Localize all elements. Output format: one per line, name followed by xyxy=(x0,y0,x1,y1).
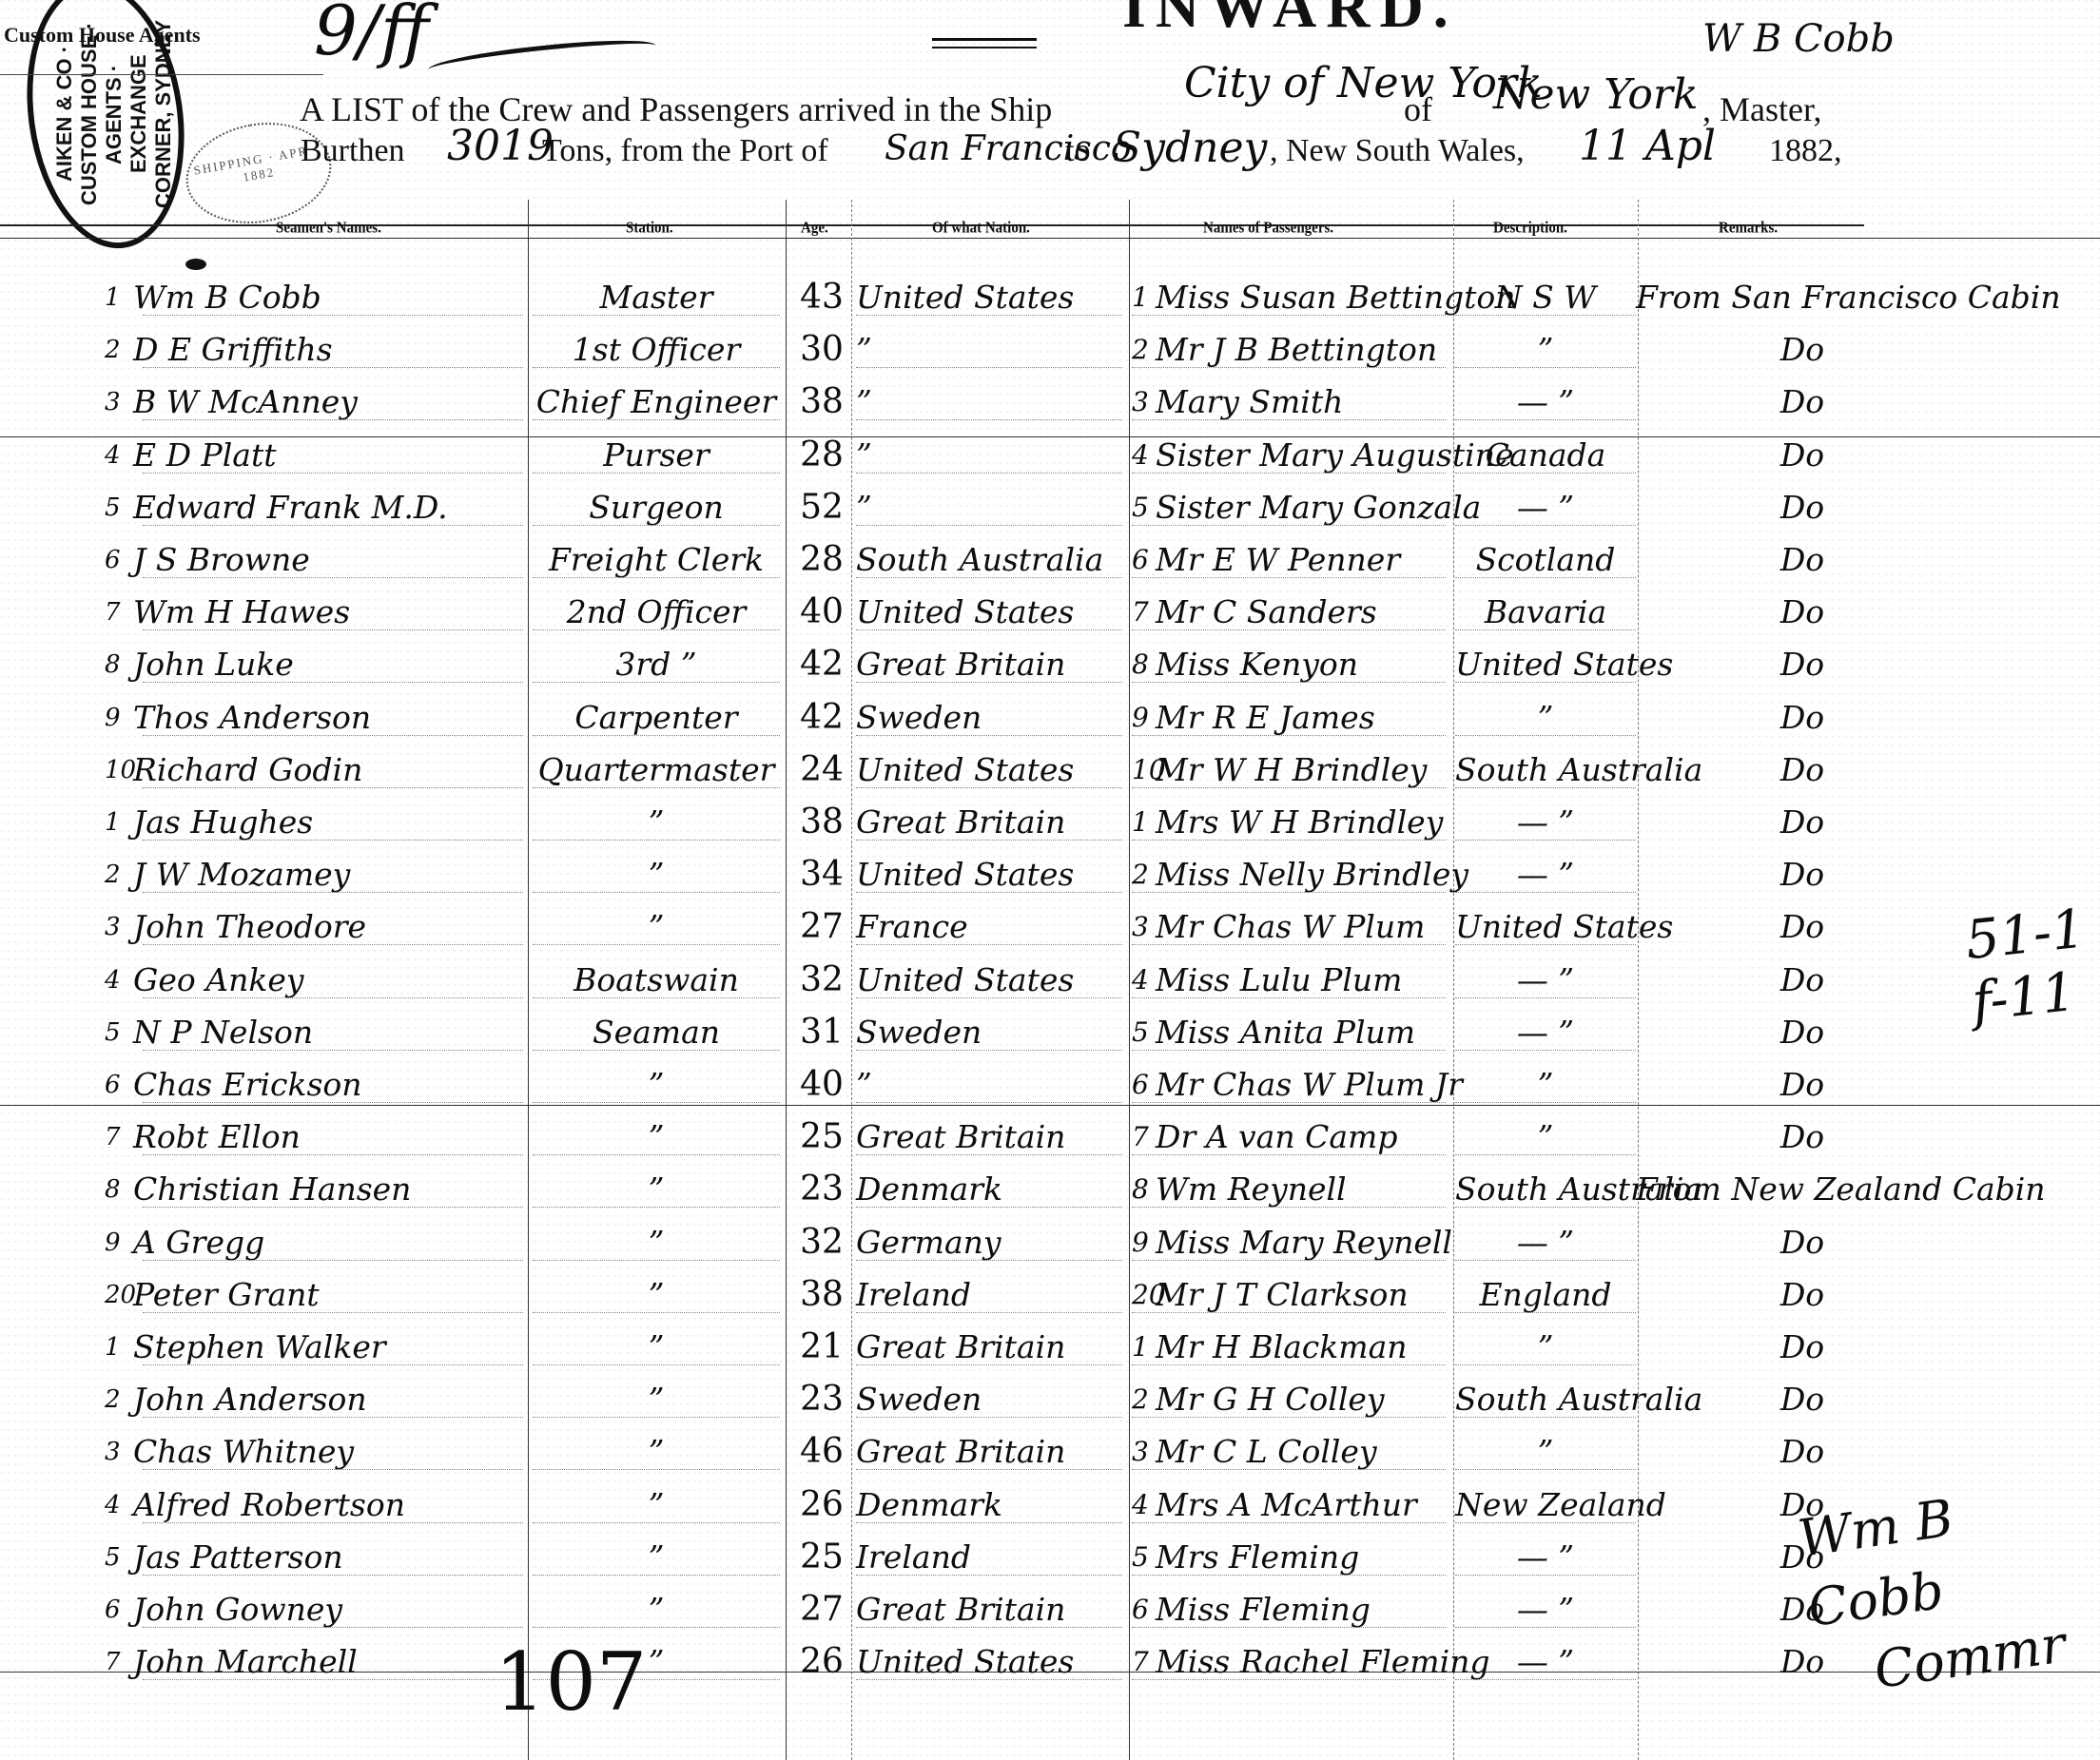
remarks: Do xyxy=(1645,801,1959,844)
nation: Great Britain xyxy=(856,1325,1065,1369)
dotted-guide xyxy=(143,1364,523,1365)
table-row: 7Wm H Hawes2nd Officer40United States7Mr… xyxy=(0,590,2100,634)
description: ” xyxy=(1455,1430,1636,1474)
dotted-guide xyxy=(1455,682,1636,683)
dotted-guide xyxy=(533,1522,780,1523)
seaman-name: Wm B Cobb xyxy=(133,276,321,319)
description: — ” xyxy=(1455,1011,1636,1054)
description: — ” xyxy=(1455,853,1636,897)
dotted-guide xyxy=(856,315,1122,316)
seaman-name: N P Nelson xyxy=(133,1011,313,1054)
nation: United States xyxy=(856,276,1074,319)
nation: Denmark xyxy=(856,1168,1002,1211)
tons-value: 3019 xyxy=(447,122,554,170)
dotted-guide xyxy=(1132,1469,1446,1470)
table-row: 6J S BrowneFreight Clerk28South Australi… xyxy=(0,538,2100,582)
dotted-guide xyxy=(143,577,523,578)
station: ” xyxy=(533,1483,780,1527)
dotted-guide xyxy=(856,525,1122,526)
remarks: Do xyxy=(1645,1273,1959,1317)
margin-note: 51-1 f-11 xyxy=(1963,897,2100,1034)
station: ” xyxy=(533,1221,780,1265)
col-nation: Of what Nation. xyxy=(932,220,1030,238)
station: ” xyxy=(533,1430,780,1474)
dotted-guide xyxy=(1455,1364,1636,1365)
arrival-year: 1882, xyxy=(1769,133,1842,169)
commander-signature: Wm B Cobb Commr xyxy=(1794,1464,2100,1714)
dotted-guide xyxy=(143,1417,523,1418)
dotted-guide xyxy=(533,1469,780,1470)
passenger-name: Mr H Blackman xyxy=(1156,1325,1408,1369)
passenger-name: Sister Mary Gonzala xyxy=(1156,486,1481,530)
age: 24 xyxy=(793,748,850,792)
dotted-guide xyxy=(1455,944,1636,945)
passenger-name: Mr Chas W Plum xyxy=(1156,905,1425,949)
dotted-guide xyxy=(533,682,780,683)
station: ” xyxy=(533,1588,780,1632)
dotted-guide xyxy=(856,473,1122,474)
dotted-guide xyxy=(533,629,780,630)
dotted-guide xyxy=(533,1260,780,1261)
age: 38 xyxy=(793,801,850,844)
seaman-name: J W Mozamey xyxy=(133,853,350,897)
age: 27 xyxy=(793,905,850,949)
table-row: 5N P NelsonSeaman31Sweden5Miss Anita Plu… xyxy=(0,1011,2100,1054)
remarks: Do xyxy=(1645,1378,1959,1422)
seaman-name: A Gregg xyxy=(133,1221,264,1265)
seaman-name: John Theodore xyxy=(133,905,366,949)
station: Seaman xyxy=(533,1011,780,1054)
of-label: of xyxy=(1404,89,1432,129)
passenger-name: Mr R E James xyxy=(1156,696,1375,740)
table-row: 5Jas Patterson”25Ireland5Mrs Fleming— ”D… xyxy=(0,1536,2100,1579)
from-port: San Francisco xyxy=(885,129,1132,168)
dotted-guide xyxy=(143,1575,523,1576)
dotted-guide xyxy=(143,367,523,368)
description: — ” xyxy=(1455,380,1636,424)
age: 26 xyxy=(793,1483,850,1527)
dotted-guide xyxy=(1132,419,1446,420)
dotted-guide xyxy=(533,787,780,788)
seaman-name: Thos Anderson xyxy=(133,696,371,740)
dotted-guide xyxy=(856,629,1122,630)
dotted-guide xyxy=(856,944,1122,945)
passenger-name: Mrs A McArthur xyxy=(1156,1483,1417,1527)
seaman-name: John Gowney xyxy=(133,1588,342,1632)
station: Quartermaster xyxy=(533,748,780,792)
age: 40 xyxy=(793,1063,850,1107)
dotted-guide xyxy=(1132,629,1446,630)
dotted-guide xyxy=(1455,787,1636,788)
dotted-guide xyxy=(1455,367,1636,368)
table-row: 2D E Griffiths1st Officer30”2Mr J B Bett… xyxy=(0,328,2100,372)
table-row: 1Wm B CobbMaster43United States1Miss Sus… xyxy=(0,276,2100,319)
remarks: Do xyxy=(1645,1115,1959,1159)
dotted-guide xyxy=(856,787,1122,788)
age: 43 xyxy=(793,276,850,319)
remarks: Do xyxy=(1645,1221,1959,1265)
station: Chief Engineer xyxy=(533,380,780,424)
dotted-guide xyxy=(1455,1207,1636,1208)
seaman-name: Geo Ankey xyxy=(133,958,304,1002)
dotted-guide xyxy=(143,1102,523,1103)
age: 34 xyxy=(793,853,850,897)
seaman-name: Peter Grant xyxy=(133,1273,320,1317)
age: 28 xyxy=(793,434,850,477)
dotted-guide xyxy=(1132,944,1446,945)
dotted-guide xyxy=(1455,1679,1636,1680)
remarks: From San Francisco Cabin xyxy=(1636,276,2061,319)
table-row: 10Richard GodinQuartermaster24United Sta… xyxy=(0,748,2100,792)
dotted-guide xyxy=(143,944,523,945)
dotted-guide xyxy=(143,1154,523,1155)
description: England xyxy=(1455,1273,1636,1317)
station: Freight Clerk xyxy=(533,538,780,582)
age: 25 xyxy=(793,1115,850,1159)
description: Scotland xyxy=(1455,538,1636,582)
station: ” xyxy=(533,1115,780,1159)
description: South Australia xyxy=(1455,1168,1636,1211)
passenger-name: Miss Kenyon xyxy=(1156,643,1358,687)
table-row: 6Chas Erickson”40”6Mr Chas W Plum Jr”Do xyxy=(0,1063,2100,1107)
seaman-name: Alfred Robertson xyxy=(133,1483,405,1527)
remarks: Do xyxy=(1645,538,1959,582)
master-signature-top: W B Cobb xyxy=(1702,17,1895,61)
dotted-guide xyxy=(1132,473,1446,474)
station: Purser xyxy=(533,434,780,477)
dotted-guide xyxy=(1132,1575,1446,1576)
passenger-name: Miss Anita Plum xyxy=(1156,1011,1415,1054)
nation: ” xyxy=(856,328,872,372)
dotted-guide xyxy=(143,1312,523,1313)
dotted-guide xyxy=(856,1417,1122,1418)
dotted-guide xyxy=(143,419,523,420)
age: 42 xyxy=(793,643,850,687)
nation: ” xyxy=(856,434,872,477)
table-row: 1Stephen Walker”21Great Britain1Mr H Bla… xyxy=(0,1325,2100,1369)
nation: United States xyxy=(856,590,1074,634)
dotted-guide xyxy=(856,735,1122,736)
description: — ” xyxy=(1455,958,1636,1002)
age: 28 xyxy=(793,538,850,582)
master-label: , Master, xyxy=(1702,89,1822,129)
divider xyxy=(0,74,323,75)
description: New Zealand xyxy=(1455,1483,1636,1527)
age: 23 xyxy=(793,1168,850,1211)
dotted-guide xyxy=(143,997,523,998)
seaman-name: Richard Godin xyxy=(133,748,362,792)
table-row: 4Geo AnkeyBoatswain32United States4Miss … xyxy=(0,958,2100,1002)
dotted-guide xyxy=(1455,1627,1636,1628)
station: ” xyxy=(533,905,780,949)
dotted-guide xyxy=(1132,787,1446,788)
dotted-guide xyxy=(1132,1679,1446,1680)
dotted-guide xyxy=(533,892,780,893)
description: ” xyxy=(1455,696,1636,740)
dotted-guide xyxy=(856,997,1122,998)
table-row: 2John Anderson”23Sweden2Mr G H ColleySou… xyxy=(0,1378,2100,1422)
dotted-guide xyxy=(533,944,780,945)
age: 38 xyxy=(793,1273,850,1317)
shipping-office-stamp: SHIPPING · APR · 1882 xyxy=(178,111,340,234)
dotted-guide xyxy=(1455,892,1636,893)
dotted-guide xyxy=(533,1575,780,1576)
remarks: Do xyxy=(1645,905,1959,949)
table-row: 7John Marchell”26United States7Miss Rach… xyxy=(0,1640,2100,1684)
table-row: 3B W McAnneyChief Engineer38”3Mary Smith… xyxy=(0,380,2100,424)
custom-house-agents-label: Custom House Agents xyxy=(4,23,201,48)
remarks: Do xyxy=(1645,380,1959,424)
burthen-label: Burthen xyxy=(301,133,405,169)
seaman-name: Chas Erickson xyxy=(133,1063,362,1107)
remarks: Do xyxy=(1645,1430,1959,1474)
dotted-guide xyxy=(1132,577,1446,578)
dotted-guide xyxy=(1132,1207,1446,1208)
nation: Great Britain xyxy=(856,1115,1065,1159)
passenger-name: Mrs Fleming xyxy=(1156,1536,1359,1579)
dotted-guide xyxy=(1455,1522,1636,1523)
nation: United States xyxy=(856,853,1074,897)
nsw-label: , New South Wales, xyxy=(1270,133,1525,169)
age: 27 xyxy=(793,1588,850,1632)
ink-blot xyxy=(185,259,206,270)
dotted-guide xyxy=(533,577,780,578)
description: — ” xyxy=(1455,1536,1636,1579)
description: — ” xyxy=(1455,801,1636,844)
dotted-guide xyxy=(856,1679,1122,1680)
table-row: 1Jas Hughes”38Great Britain1Mrs W H Brin… xyxy=(0,801,2100,844)
dotted-guide xyxy=(856,840,1122,841)
table-row: 9A Gregg”32Germany9Miss Mary Reynell— ”D… xyxy=(0,1221,2100,1265)
dotted-guide xyxy=(1132,1417,1446,1418)
station: ” xyxy=(533,1536,780,1579)
nation: Great Britain xyxy=(856,643,1065,687)
dotted-guide xyxy=(533,1627,780,1628)
age: 31 xyxy=(793,1011,850,1054)
dotted-guide xyxy=(856,1050,1122,1051)
dotted-guide xyxy=(143,629,523,630)
dotted-guide xyxy=(1455,997,1636,998)
dotted-guide xyxy=(1455,629,1636,630)
table-row: 9Thos AndersonCarpenter42Sweden9Mr R E J… xyxy=(0,696,2100,740)
passenger-name: Mr G H Colley xyxy=(1156,1378,1385,1422)
dotted-guide xyxy=(856,1575,1122,1576)
col-description: Description. xyxy=(1493,220,1567,238)
nation: United States xyxy=(856,958,1074,1002)
dotted-guide xyxy=(143,1679,523,1680)
seaman-name: Jas Patterson xyxy=(133,1536,343,1579)
remarks: Do xyxy=(1645,1325,1959,1369)
dotted-guide xyxy=(1132,1154,1446,1155)
nation: United States xyxy=(856,748,1074,792)
passenger-name: Miss Nelly Brindley xyxy=(1156,853,1468,897)
dotted-guide xyxy=(1132,525,1446,526)
description: N S W xyxy=(1455,276,1636,319)
nation: Ireland xyxy=(856,1536,971,1579)
dotted-guide xyxy=(533,997,780,998)
station: ” xyxy=(533,1378,780,1422)
table-row: 3John Theodore”27France3Mr Chas W PlumUn… xyxy=(0,905,2100,949)
nation: Sweden xyxy=(856,696,982,740)
passenger-name: Mr C L Colley xyxy=(1156,1430,1377,1474)
remarks: Do xyxy=(1645,853,1959,897)
table-row: 4E D PlattPurser28”4Sister Mary Augustin… xyxy=(0,434,2100,477)
dotted-guide xyxy=(856,682,1122,683)
dotted-guide xyxy=(1132,367,1446,368)
seaman-name: John Anderson xyxy=(133,1378,367,1422)
dotted-guide xyxy=(1132,1364,1446,1365)
arrival-date: 11 Apl xyxy=(1579,122,1716,170)
passenger-name: Miss Mary Reynell xyxy=(1156,1221,1452,1265)
seaman-name: D E Griffiths xyxy=(133,328,333,372)
station: Boatswain xyxy=(533,958,780,1002)
passenger-name: Mr Chas W Plum Jr xyxy=(1156,1063,1463,1107)
passenger-name: Wm Reynell xyxy=(1156,1168,1347,1211)
nation: ” xyxy=(856,486,872,530)
dotted-guide xyxy=(533,1312,780,1313)
dotted-guide xyxy=(1455,735,1636,736)
dotted-guide xyxy=(1455,1260,1636,1261)
dotted-guide xyxy=(143,840,523,841)
passenger-name: Miss Rachel Fleming xyxy=(1156,1640,1490,1684)
dotted-guide xyxy=(533,315,780,316)
nation: Ireland xyxy=(856,1273,971,1317)
nation: United States xyxy=(856,1640,1074,1684)
age: 21 xyxy=(793,1325,850,1369)
age: 38 xyxy=(793,380,850,424)
dotted-guide xyxy=(533,840,780,841)
dotted-guide xyxy=(533,1364,780,1365)
home-port: New York xyxy=(1493,70,1699,119)
col-remarks: Remarks. xyxy=(1719,220,1778,238)
age: 32 xyxy=(793,958,850,1002)
custom-house-stamp-text: AIKEN & CO · CUSTOM HOUSE · AGENTS · EXC… xyxy=(52,19,157,209)
remarks: From New Zealand Cabin xyxy=(1636,1168,2046,1211)
dotted-guide xyxy=(1455,315,1636,316)
station: ” xyxy=(533,801,780,844)
age: 42 xyxy=(793,696,850,740)
seaman-name: Christian Hansen xyxy=(133,1168,411,1211)
table-row: 3Chas Whitney”46Great Britain3Mr C L Col… xyxy=(0,1430,2100,1474)
dotted-guide xyxy=(1132,1050,1446,1051)
dotted-guide xyxy=(856,1154,1122,1155)
age: 30 xyxy=(793,328,850,372)
col-passenger-names: Names of Passengers. xyxy=(1203,220,1333,238)
dotted-guide xyxy=(143,735,523,736)
document-page: AIKEN & CO · CUSTOM HOUSE · AGENTS · EXC… xyxy=(0,0,2100,1760)
dotted-guide xyxy=(533,1102,780,1103)
seaman-name: B W McAnney xyxy=(133,380,358,424)
dotted-guide xyxy=(1455,577,1636,578)
description: ” xyxy=(1455,1063,1636,1107)
station: Master xyxy=(533,276,780,319)
nation: Sweden xyxy=(856,1011,982,1054)
dotted-guide xyxy=(143,1260,523,1261)
to-port: Sydney xyxy=(1113,124,1267,172)
nation: Great Britain xyxy=(856,1588,1065,1632)
ship-name: City of New York xyxy=(1184,59,1543,107)
column-header-rule xyxy=(0,238,2100,239)
nation: ” xyxy=(856,380,872,424)
total-count: 107 xyxy=(495,1635,647,1729)
dotted-guide xyxy=(143,892,523,893)
dotted-guide xyxy=(533,1207,780,1208)
remarks: Do xyxy=(1645,486,1959,530)
intro-prefix: A LIST of the Crew and Passengers arrive… xyxy=(300,89,1052,129)
dotted-guide xyxy=(856,1102,1122,1103)
station: ” xyxy=(533,1063,780,1107)
description: ” xyxy=(1455,1325,1636,1369)
dotted-guide xyxy=(1132,682,1446,683)
dotted-guide xyxy=(856,1469,1122,1470)
dotted-guide xyxy=(143,315,523,316)
passenger-name: Mary Smith xyxy=(1156,380,1343,424)
description: ” xyxy=(1455,328,1636,372)
description: Canada xyxy=(1455,434,1636,477)
remarks: Do xyxy=(1645,1011,1959,1054)
dotted-guide xyxy=(856,1522,1122,1523)
dotted-guide xyxy=(1455,419,1636,420)
dotted-guide xyxy=(143,1050,523,1051)
description: — ” xyxy=(1455,1640,1636,1684)
remarks: Do xyxy=(1645,328,1959,372)
remarks: Do xyxy=(1645,643,1959,687)
description: South Australia xyxy=(1455,748,1636,792)
dotted-guide xyxy=(1455,1469,1636,1470)
title-underline xyxy=(932,38,1037,48)
dotted-guide xyxy=(1455,1102,1636,1103)
document-title: INWARD. xyxy=(1122,0,1458,42)
dotted-guide xyxy=(1132,1260,1446,1261)
description: South Australia xyxy=(1455,1378,1636,1422)
nation: Sweden xyxy=(856,1378,982,1422)
dotted-guide xyxy=(1455,473,1636,474)
dotted-guide xyxy=(1455,1312,1636,1313)
seaman-name: John Marchell xyxy=(133,1640,358,1684)
passenger-name: Mr J B Bettington xyxy=(1156,328,1437,372)
dotted-guide xyxy=(143,525,523,526)
dotted-guide xyxy=(143,787,523,788)
dotted-guide xyxy=(143,1627,523,1628)
description: Bavaria xyxy=(1455,590,1636,634)
age: 32 xyxy=(793,1221,850,1265)
seaman-name: Robt Ellon xyxy=(133,1115,301,1159)
nation: South Australia xyxy=(856,538,1103,582)
dotted-guide xyxy=(1132,1522,1446,1523)
table-row: 2J W Mozamey”34United States2Miss Nelly … xyxy=(0,853,2100,897)
station: ” xyxy=(533,1168,780,1211)
dotted-guide xyxy=(1455,840,1636,841)
dotted-guide xyxy=(1455,525,1636,526)
dotted-guide xyxy=(1132,735,1446,736)
passenger-name: Dr A van Camp xyxy=(1156,1115,1397,1159)
dotted-guide xyxy=(143,1469,523,1470)
age: 26 xyxy=(793,1640,850,1684)
station: 1st Officer xyxy=(533,328,780,372)
col-age: Age. xyxy=(801,220,828,238)
folio-mark: 9/ff xyxy=(314,0,429,70)
description: United States xyxy=(1455,643,1636,687)
dotted-guide xyxy=(856,367,1122,368)
seaman-name: Chas Whitney xyxy=(133,1430,354,1474)
tons-label: Tons, from the Port of xyxy=(542,133,828,169)
table-row: 20Peter Grant”38Ireland20Mr J T Clarkson… xyxy=(0,1273,2100,1317)
nation: Denmark xyxy=(856,1483,1002,1527)
col-seamen-names: Seamen's Names. xyxy=(276,220,381,238)
description: ” xyxy=(1455,1115,1636,1159)
dotted-guide xyxy=(1455,1154,1636,1155)
passenger-name: Mr E W Penner xyxy=(1156,538,1400,582)
